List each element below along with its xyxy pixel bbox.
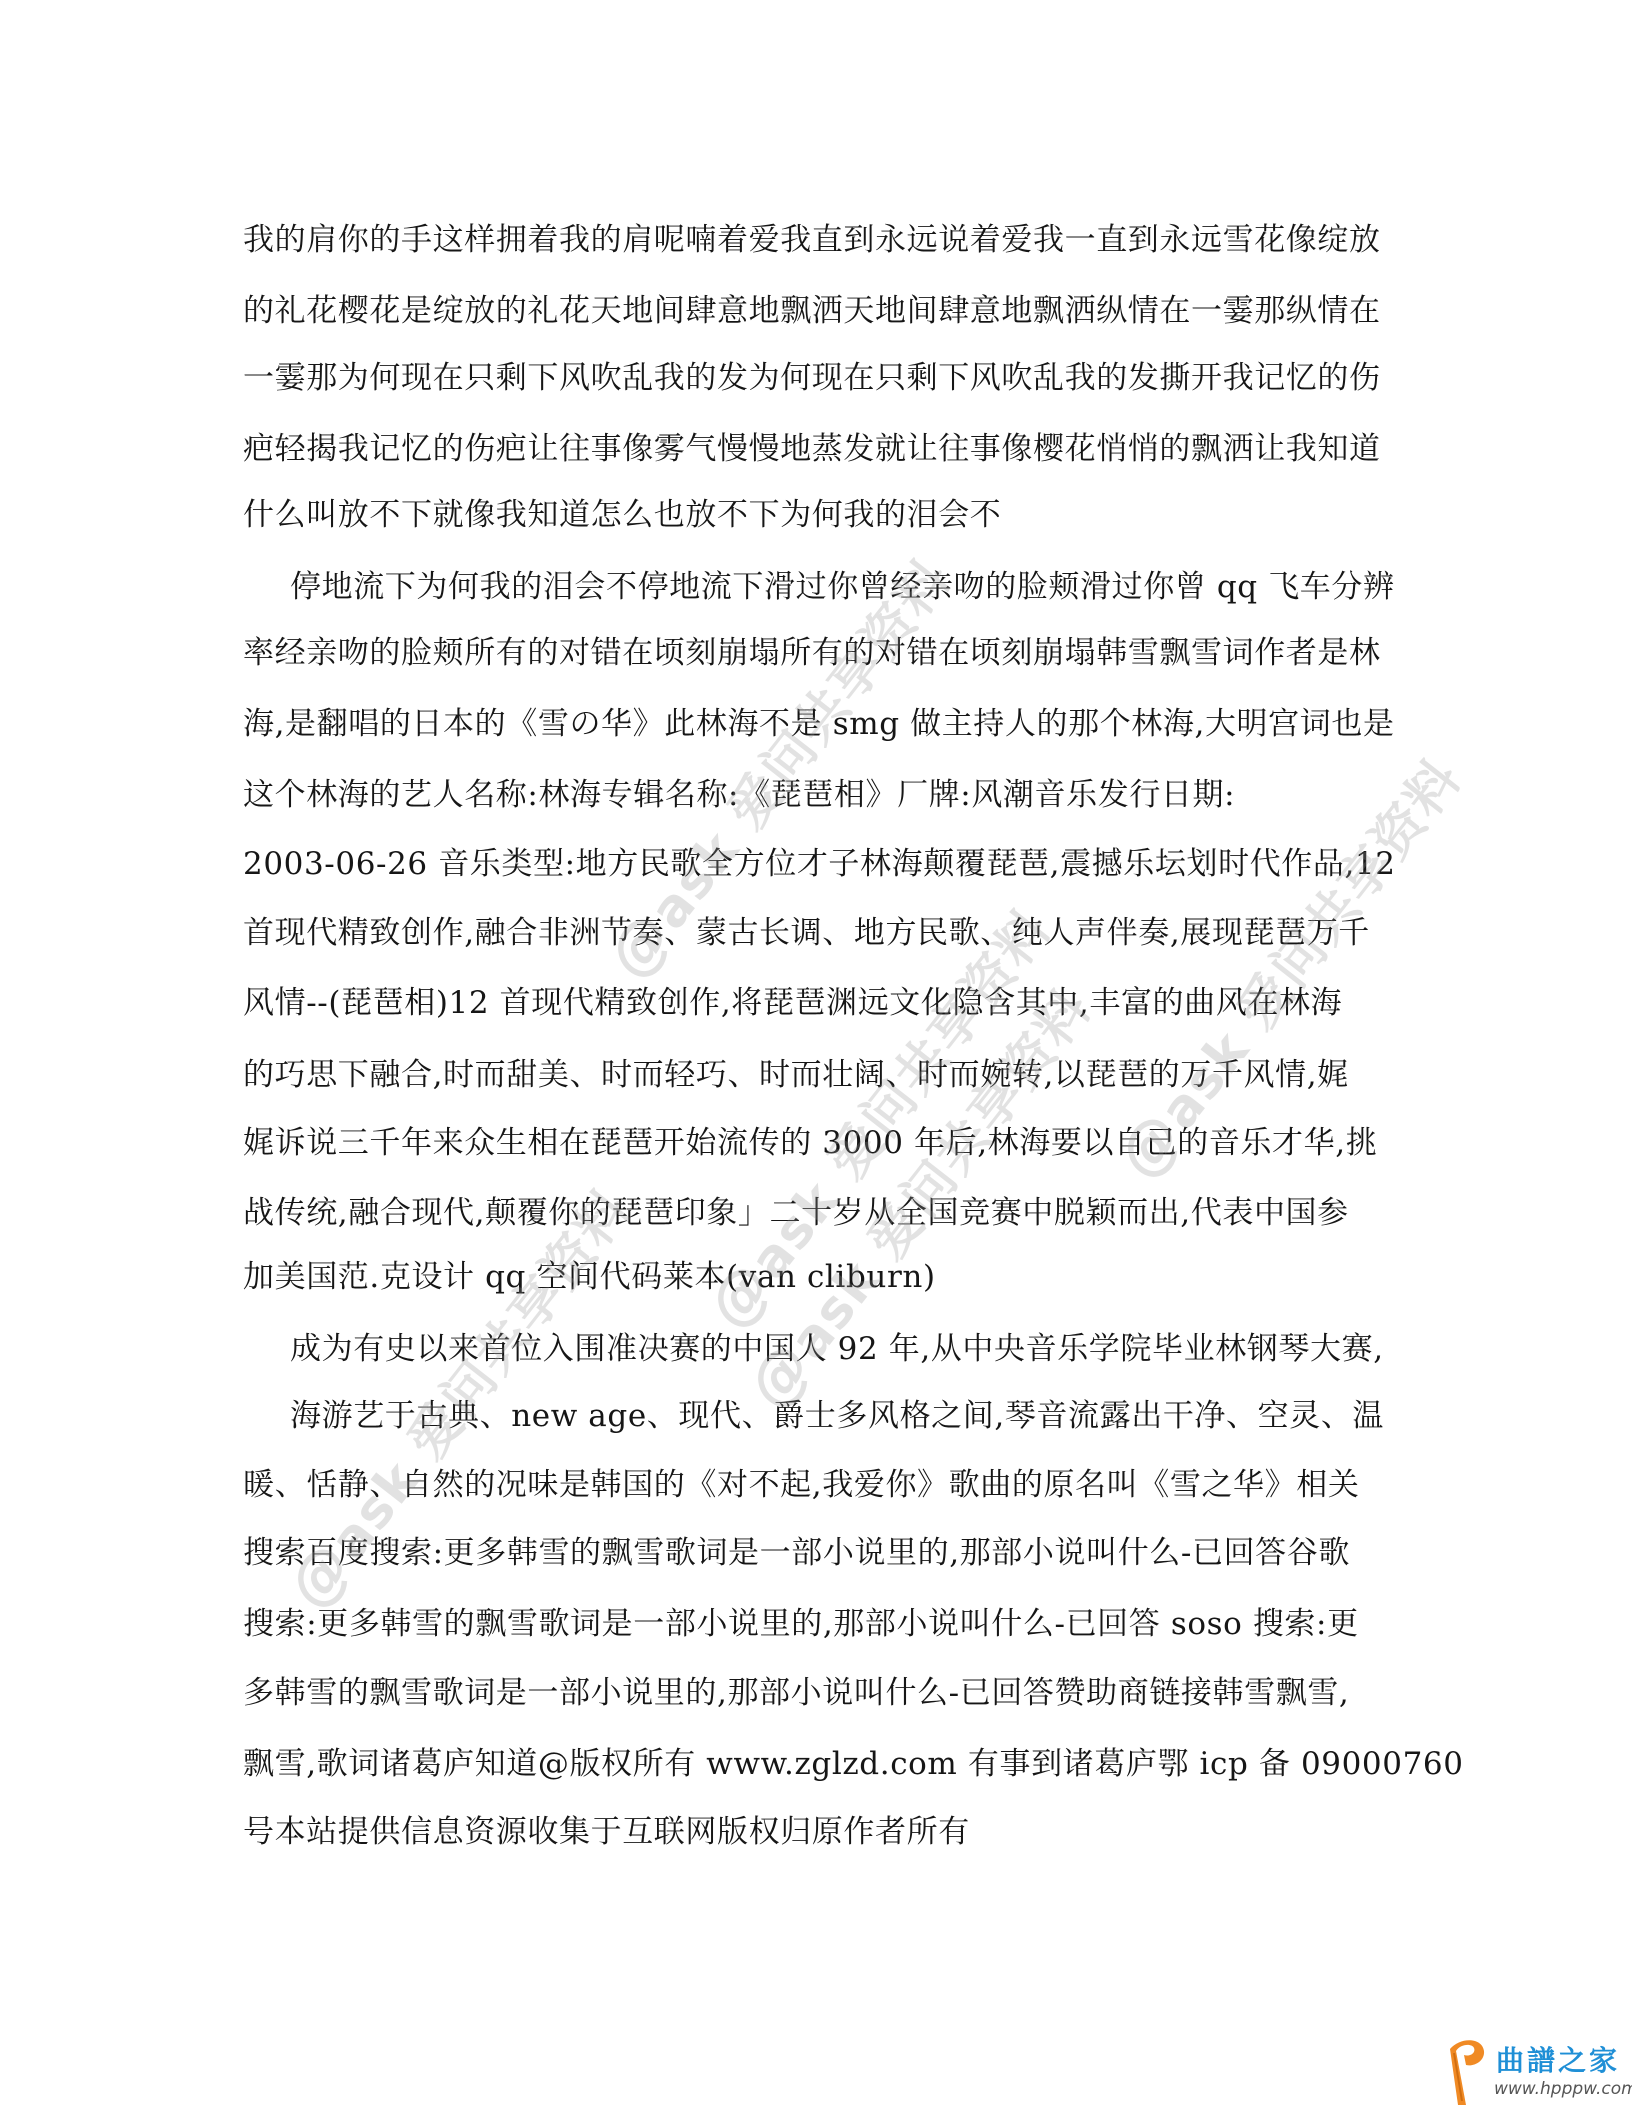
text-line: 我的肩你的手这样拥着我的肩呢喃着爱我直到永远说着爱我一直到永远雪花像绽放	[243, 215, 1403, 265]
text-line: 号本站提供信息资源收集于互联网版权归原作者所有	[243, 1807, 1403, 1857]
text-line: 的礼花樱花是绽放的礼花天地间肆意地飘洒天地间肆意地飘洒纵情在一霎那纵情在	[243, 286, 1403, 336]
text-line: 首现代精致创作,融合非洲节奏、蒙古长调、地方民歌、纯人声伴奏,展现琵琶万千	[243, 908, 1403, 958]
text-line: 暖、恬静、自然的况味是韩国的《对不起,我爱你》歌曲的原名叫《雪之华》相关	[243, 1460, 1403, 1510]
text-line: 海游艺于古典、new age、现代、爵士多风格之间,琴音流露出干净、空灵、温	[290, 1391, 1450, 1441]
text-line: 搜索百度搜索:更多韩雪的飘雪歌词是一部小说里的,那部小说叫什么-已回答谷歌	[243, 1528, 1403, 1578]
text-line: 娓诉说三千年来众生相在琵琶开始流传的 3000 年后,林海要以自己的音乐才华,挑	[243, 1118, 1403, 1168]
document-page: 我的肩你的手这样拥着我的肩呢喃着爱我直到永远说着爱我一直到永远雪花像绽放 的礼花…	[0, 0, 1632, 2112]
text-line: 什么叫放不下就像我知道怎么也放不下为何我的泪会不	[243, 490, 1403, 540]
logo-url: www.hpppw.com	[1494, 2079, 1632, 2099]
text-line: 搜索:更多韩雪的飘雪歌词是一部小说里的,那部小说叫什么-已回答 soso 搜索:…	[243, 1599, 1403, 1649]
text-line: 2003-06-26 音乐类型:地方民歌全方位才子林海颠覆琵琶,震撼乐坛划时代作…	[243, 839, 1403, 889]
text-line: 一霎那为何现在只剩下风吹乱我的发为何现在只剩下风吹乱我的发撕开我记忆的伤	[243, 353, 1403, 403]
text-line: 率经亲吻的脸颊所有的对错在顷刻崩塌所有的对错在顷刻崩塌韩雪飘雪词作者是林	[243, 628, 1403, 678]
p-mark-icon	[1446, 2035, 1486, 2107]
text-line: 加美国范.克设计 qq 空间代码莱本(van cliburn)	[243, 1252, 1403, 1302]
text-line: 多韩雪的飘雪歌词是一部小说里的,那部小说叫什么-已回答赞助商链接韩雪飘雪,	[243, 1668, 1403, 1718]
text-line: 飘雪,歌词诸葛庐知道@版权所有 www.zglzd.com 有事到诸葛庐鄂 ic…	[243, 1739, 1403, 1789]
text-line: 停地流下为何我的泪会不停地流下滑过你曾经亲吻的脸颊滑过你曾 qq 飞车分辨	[290, 562, 1450, 612]
text-line: 疤轻揭我记忆的伤疤让往事像雾气慢慢地蒸发就让往事像樱花悄悄的飘洒让我知道	[243, 424, 1403, 474]
logo-name: 曲譜之家	[1496, 2039, 1620, 2079]
text-line: 风情--(琵琶相)12 首现代精致创作,将琵琶渊远文化隐含其中,丰富的曲风在林海	[243, 978, 1403, 1028]
site-logo: 曲譜之家 www.hpppw.com	[1440, 2035, 1630, 2110]
text-line: 的巧思下融合,时而甜美、时而轻巧、时而壮阔、时而婉转,以琵琶的万千风情,娓	[243, 1050, 1403, 1100]
text-line: 这个林海的艺人名称:林海专辑名称:《琵琶相》厂牌:风潮音乐发行日期:	[243, 770, 1403, 820]
text-line: 战传统,融合现代,颠覆你的琵琶印象」二十岁从全国竞赛中脱颖而出,代表中国参	[243, 1188, 1403, 1238]
text-line: 海,是翻唱的日本的《雪の华》此林海不是 smg 做主持人的那个林海,大明宫词也是	[243, 699, 1403, 749]
text-line: 成为有史以来首位入围准决赛的中国人 92 年,从中央音乐学院毕业林钢琴大赛,	[290, 1324, 1450, 1374]
